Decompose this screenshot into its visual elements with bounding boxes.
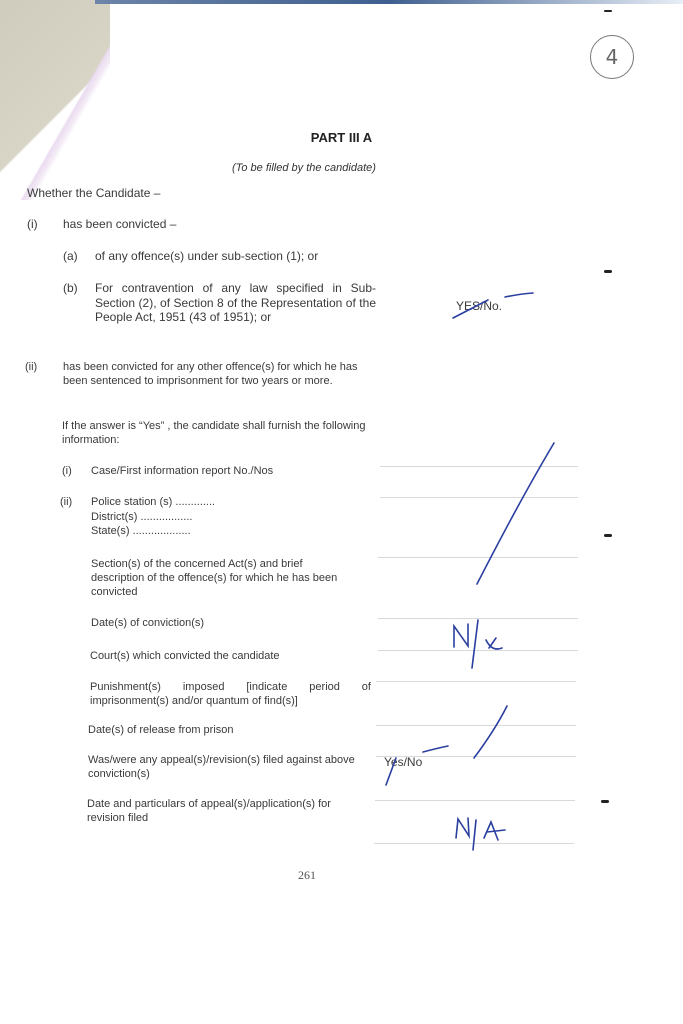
answer-line [376, 725, 576, 726]
field-label-district: District(s) ................. [91, 510, 192, 524]
page-subtitle: (To be filled by the candidate) [0, 162, 683, 174]
page-number: 261 [298, 868, 316, 883]
answer-line [378, 650, 578, 651]
scan-mark [601, 800, 609, 803]
answer-line [380, 466, 578, 467]
item-text: For contravention of any law specified i… [95, 281, 376, 325]
field-num: (i) [62, 464, 72, 478]
field-label-release-date: Date(s) of release from prison [88, 723, 234, 737]
page-marker: 4 [606, 45, 619, 69]
intro-text: Whether the Candidate – [27, 186, 160, 201]
scan-mark [604, 270, 612, 273]
yes-no-answer-1: YES/No. [456, 299, 502, 313]
field-label-state: State(s) ................... [91, 524, 191, 538]
page-title: PART III A [0, 130, 683, 145]
scan-mark [604, 10, 612, 12]
answer-line [378, 557, 578, 558]
page-marker-circle: 4 [590, 35, 634, 79]
field-label-punishment: Punishment(s) imposed [indicate period o… [90, 680, 371, 708]
answer-line [380, 497, 578, 498]
instruction-text: If the answer is “Yes” , the candidate s… [62, 419, 372, 447]
field-label-sections: Section(s) of the concerned Act(s) and b… [91, 557, 356, 599]
field-num: (ii) [60, 495, 72, 509]
yes-no-answer-2: Yes/No [384, 755, 422, 769]
field-label-appeal-particulars: Date and particulars of appeal(s)/applic… [87, 797, 367, 825]
answer-line [378, 618, 578, 619]
field-label-fir: Case/First information report No./Nos [91, 464, 273, 478]
item-text: has been convicted for any other offence… [63, 360, 373, 388]
answer-line [376, 681, 576, 682]
item-num: (a) [63, 249, 78, 264]
answer-line [375, 800, 575, 801]
scan-top-strip [95, 0, 683, 4]
answer-line [374, 843, 574, 844]
item-text: has been convicted – [63, 217, 176, 232]
field-label-conviction-date: Date(s) of conviction(s) [91, 616, 204, 630]
answer-line [376, 756, 576, 757]
item-num: (i) [27, 217, 38, 232]
field-label-appeal-filed: Was/were any appeal(s)/revision(s) filed… [88, 753, 368, 781]
item-num: (ii) [25, 360, 37, 374]
item-num: (b) [63, 281, 78, 296]
field-label-court: Court(s) which convicted the candidate [90, 649, 280, 663]
field-label-police-station: Police station (s) ............. [91, 495, 215, 509]
scan-mark [604, 534, 612, 537]
item-text: of any offence(s) under sub-section (1);… [95, 249, 318, 264]
